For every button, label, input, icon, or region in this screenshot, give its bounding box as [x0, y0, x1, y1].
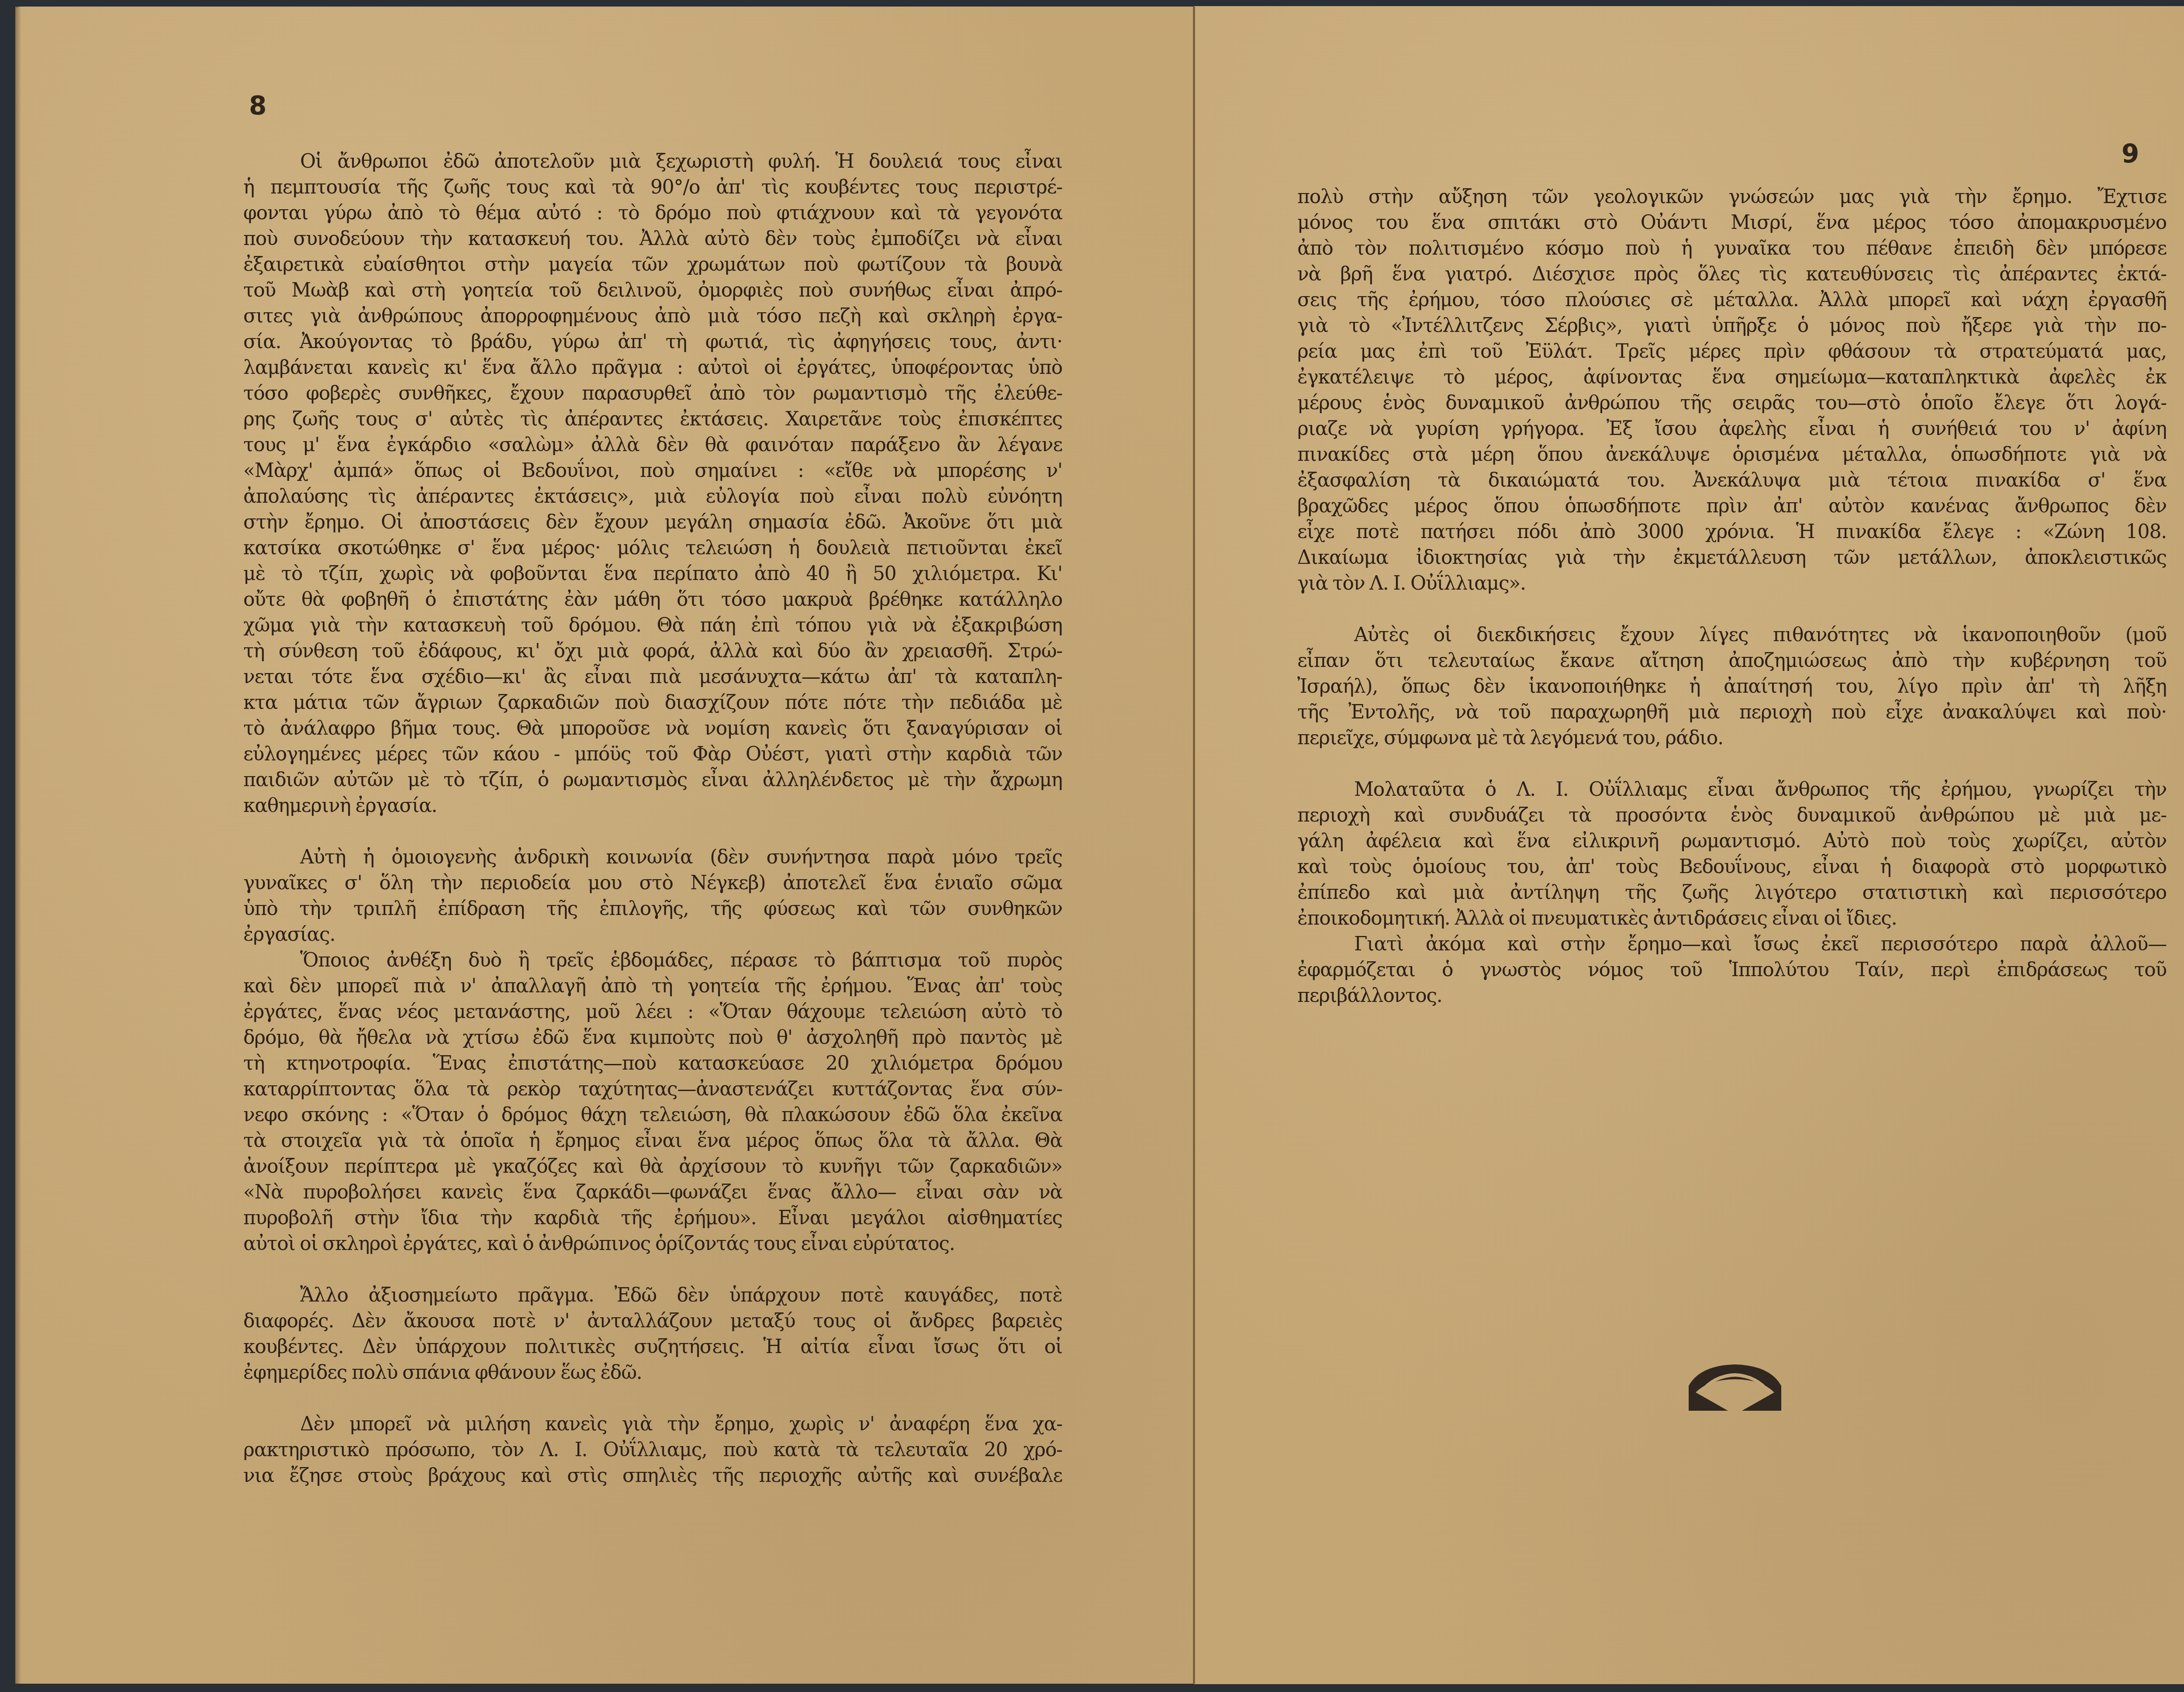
text-line: κτα μάτια τῶν ἄγριων ζαρκαδιῶν ποὺ διασχ…: [243, 690, 1062, 715]
text-line: ἐπίπεδο καὶ μιὰ ἀντίληψη τῆς ζωῆς λιγότε…: [1297, 880, 2167, 905]
text-line: δρόμο, θὰ ἤθελα νὰ χτίσω ἐδῶ ἕνα κιμποὺτ…: [243, 1025, 1062, 1050]
text-line: καὶ τοὺς ὁμοίους του, ἀπ' τοὺς Βεδουΐνου…: [1297, 854, 2167, 880]
text-line: Ἄλλο ἀξιοσημείωτο πρᾶγμα. Ἐδῶ δὲν ὑπάρχο…: [243, 1282, 1062, 1308]
text-line: ἡ πεμπτουσία τῆς ζωῆς τους καὶ τὰ 90°/ο …: [243, 174, 1062, 200]
text-line: γιὰ τὸ «Ἰντέλλιτζενς Σέρβις», γιατὶ ὑπῆρ…: [1297, 313, 2167, 338]
text-line: Δὲν μπορεῖ νὰ μιλήση κανεὶς γιὰ τὴν ἔρημ…: [243, 1411, 1062, 1437]
text-line: ἐφαρμόζεται ὁ γνωστὸς νόμος τοῦ Ἱππολύτο…: [1297, 957, 2167, 983]
text-line: στὴν ἔρημο. Οἱ ἀποστάσεις δὲν ἔχουν μεγά…: [243, 509, 1062, 535]
text-line: ριαζε νὰ γυρίση γρήγορα. Ἐξ ἴσου ἀφελὴς …: [1297, 416, 2167, 442]
paragraph: Αὐτὴ ἡ ὁμοιογενὴς ἀνδρικὴ κοινωνία (δὲν …: [243, 844, 1062, 947]
paragraph-spacer: [243, 1385, 1062, 1411]
text-line: κουβέντες. Δὲν ὑπάρχουν πολιτικὲς συζητή…: [243, 1334, 1062, 1360]
text-line: τὴ κτηνοτροφία. Ἕνας ἐπιστάτης—ποὺ κατασ…: [243, 1050, 1062, 1076]
text-line: γιὰ τὸν Λ. Ι. Οὐΐλλιαμς».: [1297, 570, 2167, 596]
text-line: «Μὰρχ' ἀμπά» ὅπως οἱ Βεδουΐνοι, ποὺ σημα…: [243, 458, 1062, 483]
page-number-right: 9: [2122, 139, 2139, 169]
text-line: ἐγκατέλειψε τὸ μέρος, ἀφίνοντας ἕνα σημε…: [1297, 364, 2167, 390]
text-line: γάλη ἀφέλεια καὶ ἕνα εἰλικρινῆ ρωμαντισμ…: [1297, 828, 2167, 854]
text-line: ὑπὸ τὴν τριπλῆ ἐπίδραση τῆς ἐπιλογῆς, τῆ…: [243, 896, 1062, 922]
text-line: ρης ζωῆς τους σ' αὐτὲς τὶς ἀπέραντες ἐκτ…: [243, 406, 1062, 432]
text-line: Αὐτὴ ἡ ὁμοιογενὴς ἀνδρικὴ κοινωνία (δὲν …: [243, 844, 1062, 870]
text-line: περιβάλλοντος.: [1297, 983, 2167, 1008]
text-line: ἀπὸ τὸν πολιτισμένο κόσμο ποὺ ἡ γυναῖκα …: [1297, 235, 2167, 261]
text-line: καθημερινὴ ἐργασία.: [243, 793, 1062, 818]
text-line: οὔτε θὰ φοβηθῆ ὁ ἐπιστάτης ἐὰν μάθη ὅτι …: [243, 587, 1062, 612]
text-line: πολὺ στὴν αὔξηση τῶν γεολογικῶν γνώσεών …: [1297, 184, 2167, 210]
text-line: γυναῖκες σ' ὅλη τὴν περιοδεία μου στὸ Νέ…: [243, 870, 1062, 896]
text-line: βραχῶδες μέρος ὅπου ὁπωσδήποτε πρὶν ἀπ' …: [1297, 493, 2167, 519]
text-line: περιεῖχε, σύμφωνα μὲ τὰ λεγόμενά του, ρά…: [1297, 725, 2167, 751]
text-line: νεται τότε ἕνα σχέδιο—κι' ἂς εἶναι πιὰ μ…: [243, 664, 1062, 690]
text-line: κατσίκα σκοτώθηκε σ' ἕνα μέρος· μόλις τε…: [243, 535, 1062, 561]
text-line: Αὐτὲς οἱ διεκδικήσεις ἔχουν λίγες πιθανό…: [1297, 622, 2167, 648]
text-line: τὴ σύνθεση τοῦ ἐδάφους, κι' ὄχι μιὰ φορά…: [243, 638, 1062, 664]
text-line: καταρρίπτοντας ὅλα τὰ ρεκὸρ ταχύτητας—ἀν…: [243, 1076, 1062, 1102]
text-line: νεφο σκόνης : «Ὅταν ὁ δρόμος θάχη τελειώ…: [243, 1102, 1062, 1128]
paragraph-spacer: [1297, 751, 2167, 777]
paragraph-spacer: [243, 1257, 1062, 1282]
text-line: ἀπολαύσης τὶς ἀπέραντες ἐκτάσεις», μιὰ ε…: [243, 483, 1062, 509]
text-line: εἶπαν ὅτι τελευταίως ἔκανε αἴτηση ἀποζημ…: [1297, 648, 2167, 673]
page-edge-shadow: [15, 7, 21, 1684]
paragraph: Δὲν μπορεῖ νὰ μιλήση κανεὶς γιὰ τὴν ἔρημ…: [243, 1411, 1062, 1488]
text-line: τους μ' ἕνα ἐγκάρδιο «σαλὼμ» ἀλλὰ δὲν θὰ…: [243, 432, 1062, 458]
left-page-text: Οἱ ἄνθρωποι ἐδῶ ἀποτελοῦν μιὰ ξεχωριστὴ …: [243, 148, 1062, 1488]
text-line: ἐφημερίδες πολὺ σπάνια φθάνουν ἕως ἐδῶ.: [243, 1360, 1062, 1385]
text-line: πινακίδες στὰ μέρη ὅπου ἀνεκάλυψε ὁρισμέ…: [1297, 442, 2167, 467]
text-line: μέρους ἑνὸς δυναμικοῦ ἀνθρώπου τῆς σειρᾶ…: [1297, 390, 2167, 416]
text-line: αὐτοὶ οἱ σκληροὶ ἐργάτες, καὶ ὁ ἀνθρώπιν…: [243, 1231, 1062, 1257]
text-line: περιοχὴ καὶ συνδυάζει τὰ προσόντα ἑνὸς δ…: [1297, 802, 2167, 828]
text-line: πυροβολῆ στὴν ἴδια τὴν καρδιὰ τῆς ἐρήμου…: [243, 1205, 1062, 1231]
text-line: Ἰσραήλ), ὅπως δὲν ἱκανοποιήθηκε ἡ ἀπαίτη…: [1297, 673, 2167, 699]
text-line: εἶχε ποτὲ πατήσει πόδι ἀπὸ 3000 χρόνια. …: [1297, 519, 2167, 545]
text-line: τῆς Ἐντολῆς, νὰ τοῦ παραχωρηθῆ μιὰ περιο…: [1297, 699, 2167, 725]
paragraph: πολὺ στὴν αὔξηση τῶν γεολογικῶν γνώσεών …: [1297, 184, 2167, 622]
text-line: νὰ βρῆ ἕνα γιατρό. Διέσχισε πρὸς ὅλες τὶ…: [1297, 261, 2167, 287]
book-gutter: [1193, 7, 1195, 1684]
right-page-text: πολὺ στὴν αὔξηση τῶν γεολογικῶν γνώσεών …: [1297, 184, 2167, 1008]
text-line: διαφορές. Δὲν ἄκουσα ποτὲ ν' ἀνταλλάζουν…: [243, 1308, 1062, 1334]
text-line: τὸ ἀνάλαφρο βῆμα τους. Θὰ μποροῦσε νὰ νο…: [243, 715, 1062, 741]
paragraph: Γιατὶ ἀκόμα καὶ στὴν ἔρημο—καὶ ἴσως ἐκεῖ…: [1297, 931, 2167, 1008]
paragraph-spacer: [243, 818, 1062, 844]
text-line: παιδιῶν αὐτῶν μὲ τὸ τζίπ, ὁ ρωμαντισμὸς …: [243, 767, 1062, 793]
text-line: εὐλογημένες μέρες τῶν κάου - μπόϋς τοῦ Φ…: [243, 741, 1062, 767]
text-line: Γιατὶ ἀκόμα καὶ στὴν ἔρημο—καὶ ἴσως ἐκεῖ…: [1297, 931, 2167, 957]
text-line: Ὅποιος ἀνθέξη δυὸ ἢ τρεῖς ἑβδομάδες, πέρ…: [243, 947, 1062, 973]
text-line: ἐργασίας.: [243, 922, 1062, 947]
text-line: τόσο φοβερὲς συνθῆκες, ἔχουν παρασυρθεῖ …: [243, 380, 1062, 406]
text-line: σεις τῆς ἐρήμου, τόσο πλούσιες σὲ μέταλλ…: [1297, 287, 2167, 313]
text-line: ἐξαιρετικὰ εὐαίσθητοι στὴν μαγεία τῶν χρ…: [243, 252, 1062, 277]
text-line: ἀνοίξουν περίπτερα μὲ γκαζόζες καὶ θὰ ἀρ…: [243, 1153, 1062, 1179]
text-line: ρεία μας ἐπὶ τοῦ Ἐϋλάτ. Τρεῖς μέρες πρὶν…: [1297, 338, 2167, 364]
paragraph: Ἄλλο ἀξιοσημείωτο πρᾶγμα. Ἐδῶ δὲν ὑπάρχο…: [243, 1282, 1062, 1411]
text-line: τοῦ Μωὰβ καὶ στὴ γοητεία τοῦ δειλινοῦ, ὀ…: [243, 277, 1062, 303]
paragraph: Αὐτὲς οἱ διεκδικήσεις ἔχουν λίγες πιθανό…: [1297, 622, 2167, 777]
text-line: μὲ τὸ τζίπ, χωρὶς νὰ φοβοῦνται ἕνα περίπ…: [243, 561, 1062, 587]
text-line: καὶ δὲν μπορεῖ πιὰ ν' ἀπαλλαγῆ ἀπὸ τὴ γο…: [243, 973, 1062, 999]
page-number-left: 8: [249, 91, 266, 121]
text-line: φονται γύρω ἀπὸ τὸ θέμα αὐτό : τὸ δρόμο …: [243, 200, 1062, 226]
text-line: τὰ στοιχεῖα γιὰ τὰ ὁποῖα ἡ ἔρημος εἶναι …: [243, 1128, 1062, 1153]
text-line: ἐποικοδομητική. Ἀλλὰ οἱ πνευματικὲς ἀντι…: [1297, 905, 2167, 931]
text-line: ρακτηριστικὸ πρόσωπο, τὸν Λ. Ι. Οὐΐλλιαμ…: [243, 1437, 1062, 1463]
paragraph: Ὅποιος ἀνθέξη δυὸ ἢ τρεῖς ἑβδομάδες, πέρ…: [243, 947, 1062, 1282]
text-line: σία. Ἀκούγοντας τὸ βράδυ, γύρω ἀπ' τὴ φω…: [243, 329, 1062, 355]
text-line: Δικαίωμα ἰδιοκτησίας γιὰ τὴν ἐκμετάλλευσ…: [1297, 545, 2167, 570]
text-line: ἐργάτες, ἕνας νέος μετανάστης, μοῦ λέει …: [243, 999, 1062, 1025]
text-line: «Νὰ πυροβολήσει κανεὶς ἕνα ζαρκάδι—φωνάζ…: [243, 1179, 1062, 1205]
text-line: νια ἔζησε στοὺς βράχους καὶ στὶς σπηλιὲς…: [243, 1463, 1062, 1488]
text-line: λαμβάνεται κανεὶς κι' ἕνα ἄλλο πρᾶγμα : …: [243, 355, 1062, 380]
text-line: ἐξασφαλίση τὰ δικαιώματά του. Ἀνεκάλυψα …: [1297, 467, 2167, 493]
paragraph: Οἱ ἄνθρωποι ἐδῶ ἀποτελοῦν μιὰ ξεχωριστὴ …: [243, 148, 1062, 844]
fan-ornament-icon: [1687, 1362, 1783, 1414]
text-line: Μολαταῦτα ὁ Λ. Ι. Οὐΐλλιαμς εἶναι ἄνθρωπ…: [1297, 777, 2167, 802]
text-line: χῶμα γιὰ τὴν κατασκευὴ τοῦ δρόμου. Θὰ πά…: [243, 612, 1062, 638]
text-line: μόνος του ἕνα σπιτάκι στὸ Οὐάντι Μισρί, …: [1297, 210, 2167, 235]
paragraph: Μολαταῦτα ὁ Λ. Ι. Οὐΐλλιαμς εἶναι ἄνθρωπ…: [1297, 777, 2167, 931]
text-line: Οἱ ἄνθρωποι ἐδῶ ἀποτελοῦν μιὰ ξεχωριστὴ …: [243, 148, 1062, 174]
text-line: σιτες γιὰ ἀνθρώπους ἀπορροφημένους ἀπὸ μ…: [243, 303, 1062, 329]
text-line: ποὺ συνοδεύουν τὴν κατασκευή του. Ἀλλὰ α…: [243, 226, 1062, 252]
paragraph-spacer: [1297, 596, 2167, 622]
